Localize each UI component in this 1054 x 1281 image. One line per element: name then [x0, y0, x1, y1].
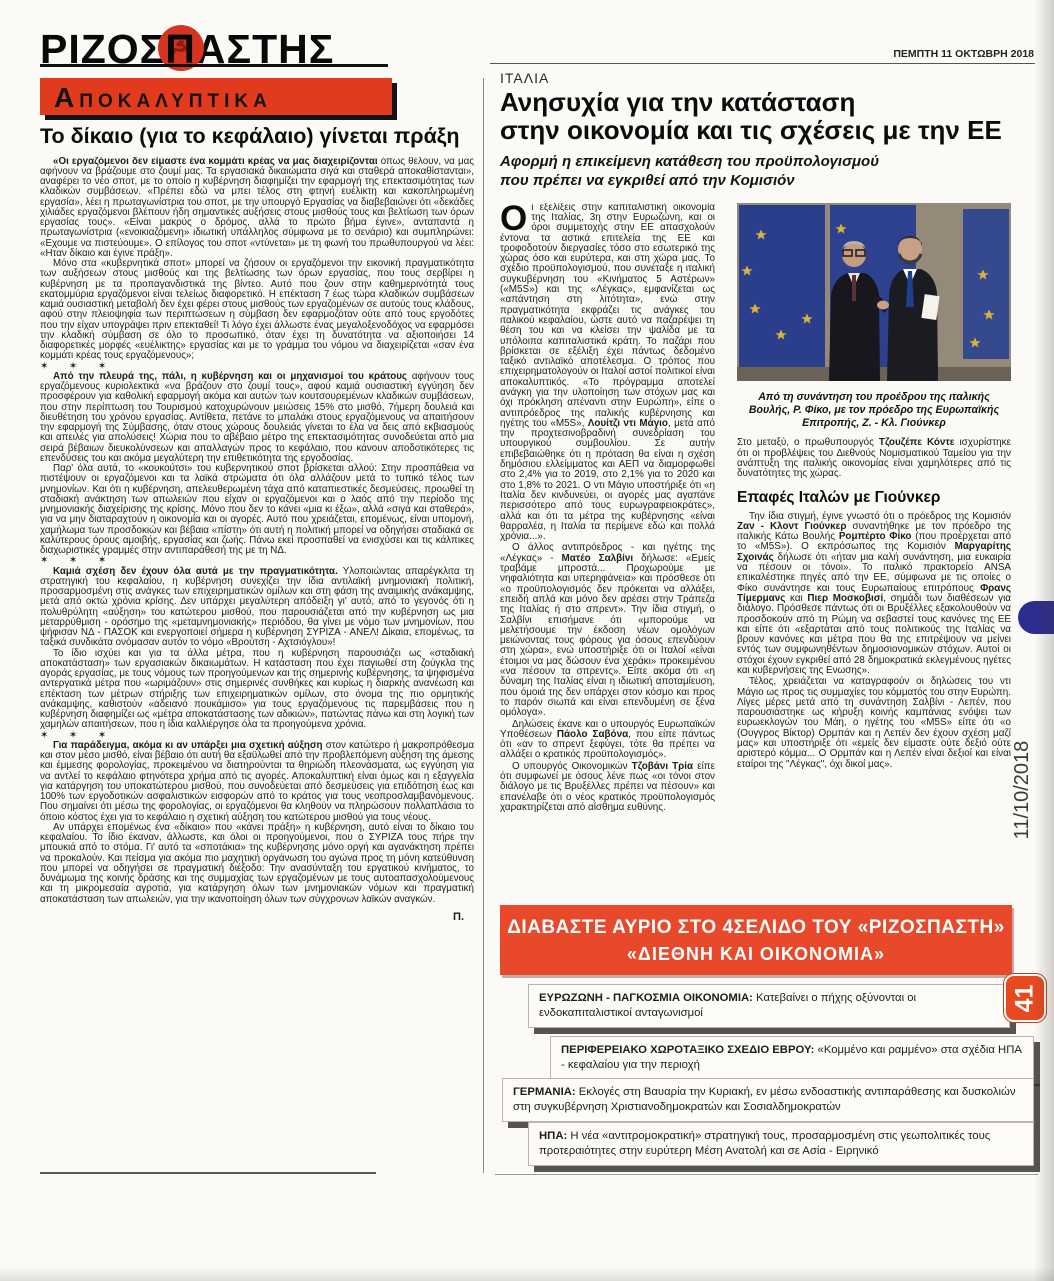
teaser-item: ΠΕΡΙΦΕΡΕΙΑΚΟ ΧΩΡΟΤΑΞΙΚΟ ΣΧΕΔΙΟ ΕΒΡΟΥ: «Κ…: [550, 1036, 1034, 1080]
article-paragraph: Δηλώσεις έκανε και ο υπουργός Ευρωπαϊκών…: [500, 720, 715, 761]
teaser-item: ΕΥΡΩΖΩΝΗ - ΠΑΓΚΟΣΜΙΑ ΟΙΚΟΝΟΜΙΑ: Κατεβαίν…: [528, 984, 1010, 1028]
page-edge-shading: [1034, 0, 1054, 1281]
article-paragraph: «Οι εργαζόμενοι δεν είμαστε ένα κομμάτι …: [40, 157, 474, 260]
right-article-col1: Οι εξελίξεις στην καπιταλιστική οικονομί…: [500, 203, 715, 905]
meeting-photo: [737, 203, 1011, 381]
teaser-item: ΓΕΡΜΑΝΙΑ: Εκλογές στη Βαυαρία την Κυριακ…: [502, 1078, 1034, 1122]
masthead-rule: [40, 64, 388, 67]
author-signature: Π.: [40, 911, 464, 923]
newspaper-page: ΡΙΖΟΣ☭ΠΑΣΤΗΣ ΠΕΜΠΤΗ 11 ΟΚΤΩΒΡΗ 2018 ΑΠΟΚ…: [0, 0, 1054, 1281]
bottom-rule-left: [40, 1172, 376, 1174]
headline-line: Ανησυχία για την κατάσταση: [500, 88, 1037, 116]
teaser-item-text: Εκλογές στη Βαυαρία την Κυριακή, εν μέσω…: [513, 1086, 1015, 1113]
article-paragraph: Ο υπουργός Οικονομικών Τζοβάνι Τρία είπε…: [500, 762, 715, 813]
page-edge-shading-bottom: [0, 1267, 1054, 1281]
photo-caption: Από τη συνάντηση του προέδρου της ιταλικ…: [748, 391, 1000, 431]
subhead-line: που πρέπει να εγκριθεί από την Κομισιόν: [500, 172, 1037, 191]
masthead-mid-letter: Π: [165, 26, 196, 72]
teaser-line1: ΔΙΑΒΑΣΤΕ ΑΥΡΙΟ ΣΤΟ 4ΣΕΛΙΔΟ ΤΟΥ «ΡΙΖΟΣΠΑΣ…: [500, 917, 1012, 939]
issue-date: ΠΕΜΠΤΗ 11 ΟΚΤΩΒΡΗ 2018: [893, 48, 1034, 60]
article-paragraph: Την ίδια στιγμή, έγινε γνωστό ότι ο πρόε…: [737, 512, 1011, 677]
teaser-line2: «ΔΙΕΘΝΗ ΚΑΙ ΟΙΚΟΝΟΜΙΑ»: [500, 944, 1012, 965]
article-paragraph: Παρ' όλα αυτά, το «κουκούτσι» του κυβερν…: [40, 464, 474, 556]
teaser-item-label: ΠΕΡΙΦΕΡΕΙΑΚΟ ΧΩΡΟΤΑΞΙΚΟ ΣΧΕΔΙΟ ΕΒΡΟΥ:: [561, 1044, 814, 1056]
teaser-item-text: Η νέα «αντιτρομοκρατική» στρατηγική τους…: [539, 1130, 990, 1157]
section-banner-label: ΑΠΟΚΑΛΥΠΤΙΚΑ: [40, 78, 392, 115]
date-rule: [490, 63, 1035, 64]
column-divider: [483, 78, 484, 1173]
article-paragraph: Αν υπάρχει επομένως ένα «δίκαιο» που «κά…: [40, 823, 474, 905]
right-article: ΙΤΑΛΙΑ Ανησυχία για την κατάσταση στην ο…: [500, 70, 1037, 905]
drop-cap: Ο: [500, 204, 527, 233]
masthead-logo-wrap: ☭Π: [165, 26, 196, 73]
article-kicker: ΙΤΑΛΙΑ: [500, 70, 1037, 86]
tomorrow-teaser-box: ΔΙΑΒΑΣΤΕ ΑΥΡΙΟ ΣΤΟ 4ΣΕΛΙΔΟ ΤΟΥ «ΡΙΖΟΣΠΑΣ…: [500, 905, 1012, 975]
subhead-line: Αφορμή η επικείμενη κατάθεση του προϋπολ…: [500, 153, 1037, 172]
article-paragraph: Μόνο στα «κυβερνητικά σποτ» μπορεί να ζή…: [40, 259, 474, 362]
teaser-item: ΗΠΑ: Η νέα «αντιτρομοκρατική» στρατηγική…: [528, 1122, 1034, 1166]
article-paragraph: Για παράδειγμα, ακόμα κι αν υπάρξει μια …: [40, 741, 474, 823]
section-banner: ΑΠΟΚΑΛΥΠΤΙΚΑ: [40, 78, 392, 115]
teaser-item-label: ΕΥΡΩΖΩΝΗ - ΠΑΓΚΟΣΜΙΑ ΟΙΚΟΝΟΜΙΑ:: [539, 992, 753, 1004]
article-paragraph: Το ίδιο ισχύει και για τα άλλα μέτρα, πο…: [40, 649, 474, 731]
article-paragraph: Ο άλλος αντιπρόεδρος - και ηγέτης της «Λ…: [500, 543, 715, 718]
article-paragraph: Στο μεταξύ, ο πρωθυπουργός Τζουζέπε Κόντ…: [737, 438, 1011, 479]
section-subhead: Επαφές Ιταλών με Γιούνκερ: [737, 489, 1011, 507]
teaser-item-label: ΗΠΑ:: [539, 1130, 567, 1142]
left-article-body: «Οι εργαζόμενοι δεν είμαστε ένα κομμάτι …: [40, 157, 474, 1169]
article-paragraph: Από την πλευρά της, πάλι, η κυβέρνηση κα…: [40, 372, 474, 464]
headline-line: στην οικονομία και τις σχέσεις με την ΕΕ: [500, 116, 1037, 144]
bottom-rule-right: [495, 1174, 1038, 1175]
left-article-headline: Το δίκαιο (για το κεφάλαιο) γίνεται πράξ…: [40, 125, 474, 148]
article-paragraph: Καμιά σχέση δεν έχουν όλα αυτά με την πρ…: [40, 567, 474, 649]
right-article-headline: Ανησυχία για την κατάσταση στην οικονομί…: [500, 88, 1037, 144]
article-paragraph: Οι εξελίξεις στην καπιταλιστική οικονομί…: [500, 203, 715, 543]
teaser-item-label: ΓΕΡΜΑΝΙΑ:: [513, 1086, 576, 1098]
left-article: ΑΠΟΚΑΛΥΠΤΙΚΑ Το δίκαιο (για το κεφάλαιο)…: [40, 78, 474, 1169]
right-article-subhead: Αφορμή η επικείμενη κατάθεση του προϋπολ…: [500, 153, 1037, 191]
